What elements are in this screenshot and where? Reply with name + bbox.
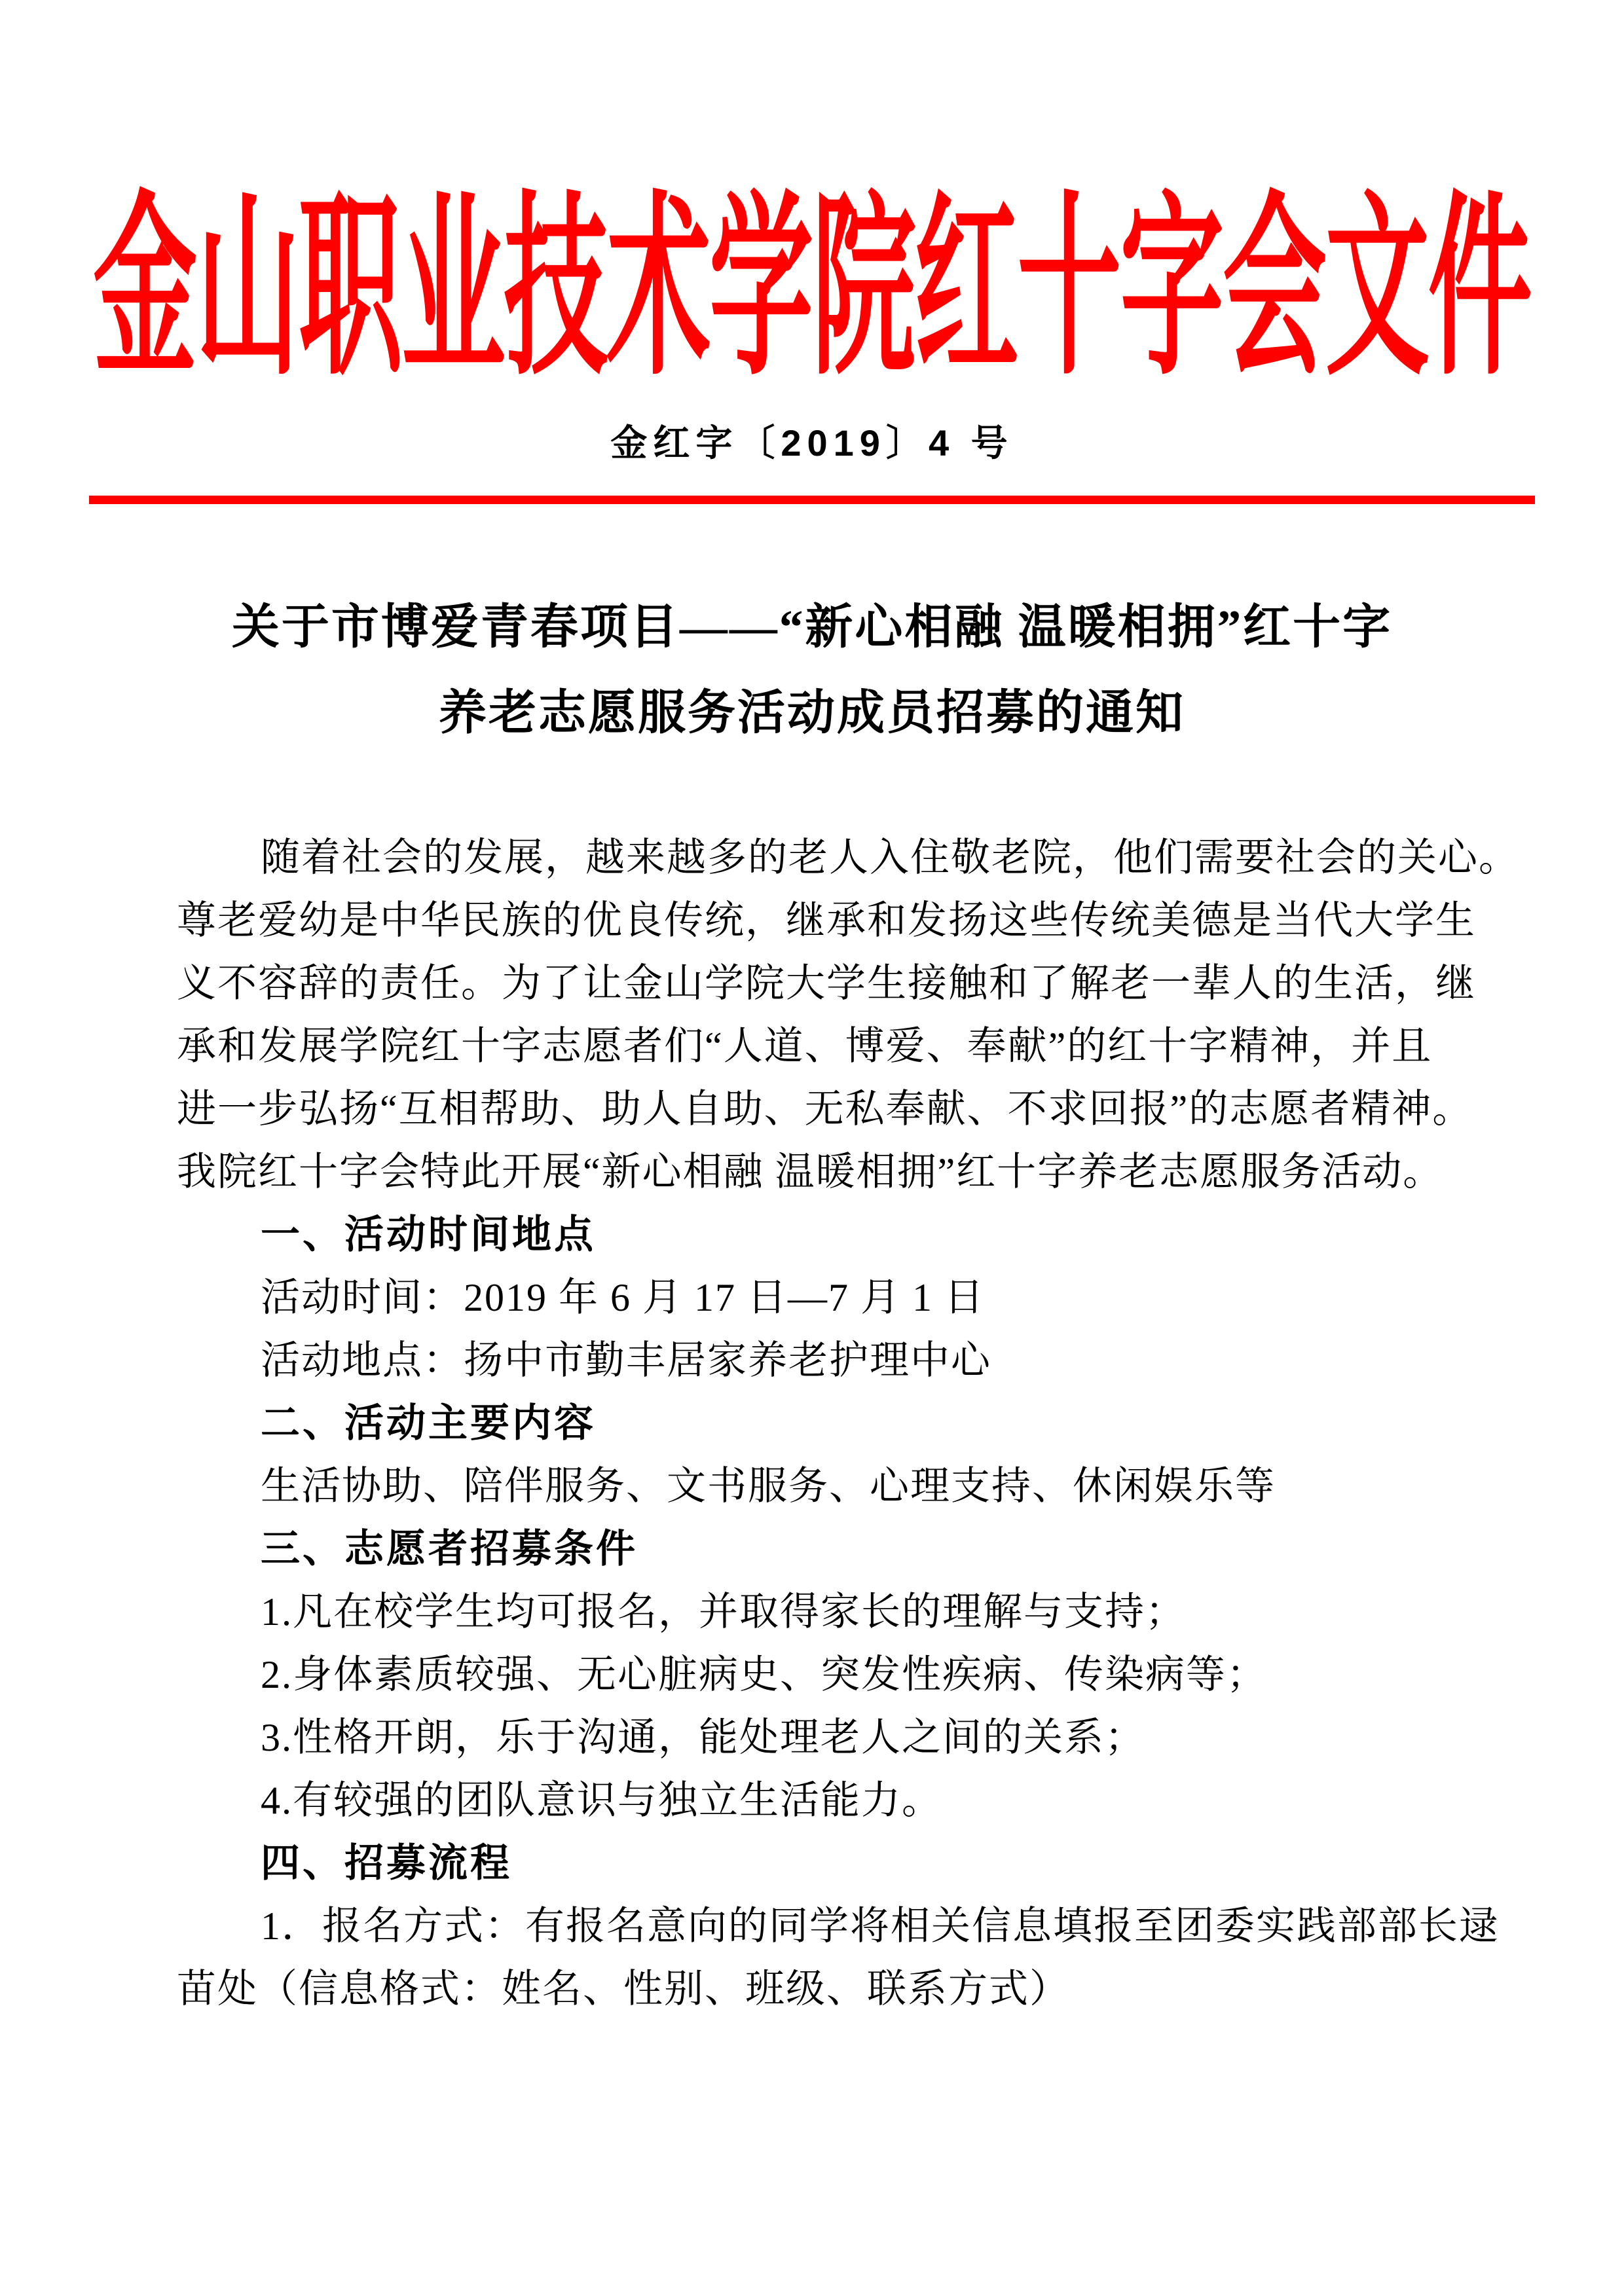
letterhead: 金山职业技术学院红十字会文件	[0, 193, 1624, 403]
doc-number: 金红字〔2019〕4 号	[0, 422, 1624, 464]
body-line: 1.凡在校学生均可报名，并取得家长的理解与支持；	[177, 1580, 1447, 1643]
document-page: 金山职业技术学院红十字会文件 金红字〔2019〕4 号 关于市博爱青春项目——“…	[0, 0, 1624, 2296]
body-line: 三、志愿者招募条件	[177, 1518, 1447, 1580]
body-line: 我院红十字会特此开展“新心相融 温暖相拥”红十字养老志愿服务活动。	[177, 1140, 1447, 1203]
body-line: 1．报名方式：有报名意向的同学将相关信息填报至团委实践部部长逯	[177, 1895, 1447, 1958]
body-line: 生活协助、陪伴服务、文书服务、心理支持、休闲娱乐等	[177, 1455, 1447, 1518]
body-line: 随着社会的发展，越来越多的老人入住敬老院，他们需要社会的关心。	[177, 826, 1447, 889]
body-line: 4.有较强的团队意识与独立生活能力。	[177, 1769, 1447, 1832]
body-line: 活动时间：2019 年 6 月 17 日—7 月 1 日	[177, 1266, 1447, 1329]
notice-title-line-2: 养老志愿服务活动成员招募的通知	[0, 670, 1624, 756]
body-line: 尊老爱幼是中华民族的优良传统，继承和发扬这些传统美德是当代大学生	[177, 889, 1447, 952]
body-line: 2.身体素质较强、无心脏病史、突发性疾病、传染病等；	[177, 1643, 1447, 1706]
body-line: 二、活动主要内容	[177, 1392, 1447, 1455]
body-line: 进一步弘扬“互相帮助、助人自助、无私奉献、不求回报”的志愿者精神。	[177, 1078, 1447, 1140]
body-line: 3.性格开朗，乐于沟通，能处理老人之间的关系；	[177, 1706, 1447, 1769]
notice-title-line-1: 关于市博爱青春项目——“新心相融 温暖相拥”红十字	[0, 584, 1624, 670]
body-line: 义不容辞的责任。为了让金山学院大学生接触和了解老一辈人的生活，继	[177, 952, 1447, 1015]
red-divider-line	[89, 496, 1535, 504]
body-line: 一、活动时间地点	[177, 1203, 1447, 1266]
body-lines: 随着社会的发展，越来越多的老人入住敬老院，他们需要社会的关心。尊老爱幼是中华民族…	[177, 826, 1447, 2020]
body-line: 四、招募流程	[177, 1832, 1447, 1895]
body-line: 苗处（信息格式：姓名、性别、班级、联系方式）	[177, 1958, 1447, 2020]
org-title: 金山职业技术学院红十字会文件	[93, 193, 1530, 390]
notice-title: 关于市博爱青春项目——“新心相融 温暖相拥”红十字 养老志愿服务活动成员招募的通…	[0, 584, 1624, 756]
body-line: 承和发展学院红十字志愿者们“人道、博爱、奉献”的红十字精神，并且	[177, 1015, 1447, 1078]
body-line: 活动地点：扬中市勤丰居家养老护理中心	[177, 1329, 1447, 1392]
